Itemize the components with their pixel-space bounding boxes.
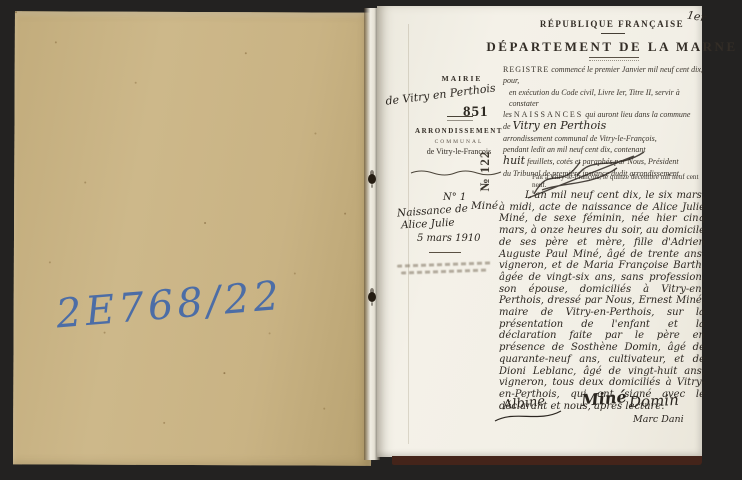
book-board-edge (392, 456, 702, 465)
intro-line: REGISTRE commencé le premier Janvier mil… (503, 64, 705, 87)
page-crease (408, 24, 409, 444)
stitch-knot (368, 292, 376, 302)
feuillets-count-handwritten: huit (503, 154, 525, 167)
intro-line: de Vitry en Perthois (503, 120, 705, 132)
intro-line: en exécution du Code civil, Livre Ier, T… (503, 87, 705, 110)
ville-line: de Vitry-le-François (405, 147, 513, 156)
number-stamp: № 122 (477, 139, 493, 203)
register-scan: 2E768/22 1er RÉPUBLIQUE FRANÇAISE DÉPART… (0, 0, 742, 480)
heading-rule (601, 33, 625, 34)
departement-heading: DÉPARTEMENT DE LA MARNE (482, 39, 742, 55)
margin-note-number: N° 1 (443, 192, 466, 203)
archive-reference: 2E768/22 (54, 268, 337, 337)
intro-registre-word: REGISTRE (503, 65, 549, 74)
registre-number: 851 (463, 104, 489, 121)
arrondissement-line: ARRONDISSEMENT (405, 127, 513, 135)
register-cover: 2E768/22 (13, 11, 373, 466)
signature-witness-2-sub: Marc Dani (633, 414, 684, 425)
birth-act-text: L'an mil neuf cent dix, le six mars, à m… (499, 190, 705, 396)
faint-pencil-note (397, 261, 493, 267)
intro-naissances-word: NAISSANCES (514, 110, 583, 119)
republique-heading: RÉPUBLIQUE FRANÇAISE (497, 19, 727, 29)
stitch-knot (368, 174, 376, 184)
signature-witness-2: Domin (629, 391, 680, 412)
margin-note-underline (429, 252, 461, 253)
paper-speckles (15, 11, 17, 13)
intro-line: arrondissement communal de Vitry-le-Fran… (503, 133, 705, 144)
registre-intro: REGISTRE commencé le premier Janvier mil… (503, 64, 705, 179)
margin-note-date: 5 mars 1910 (417, 233, 481, 244)
communal-line: COMMUNAL (405, 139, 513, 145)
register-page: 1er RÉPUBLIQUE FRANÇAISE DÉPARTEMENT DE … (377, 6, 702, 457)
signature-officer: Miné (580, 387, 627, 410)
intro-line: pendant ledit an mil neuf cent dix, cont… (503, 144, 705, 155)
fait-line: Fait à Vitry-le-François, le quinze déce… (532, 173, 710, 189)
margin-note-surname: Miné (471, 200, 498, 212)
margin-note-firstnames: Alice Julie (401, 217, 455, 232)
heading-ornament (589, 57, 639, 61)
faint-pencil-note (401, 268, 489, 274)
commune-handwritten: Vitry en Perthois (513, 119, 607, 132)
intro-line: huit feuillets, cotés et paraphés par No… (503, 155, 705, 167)
